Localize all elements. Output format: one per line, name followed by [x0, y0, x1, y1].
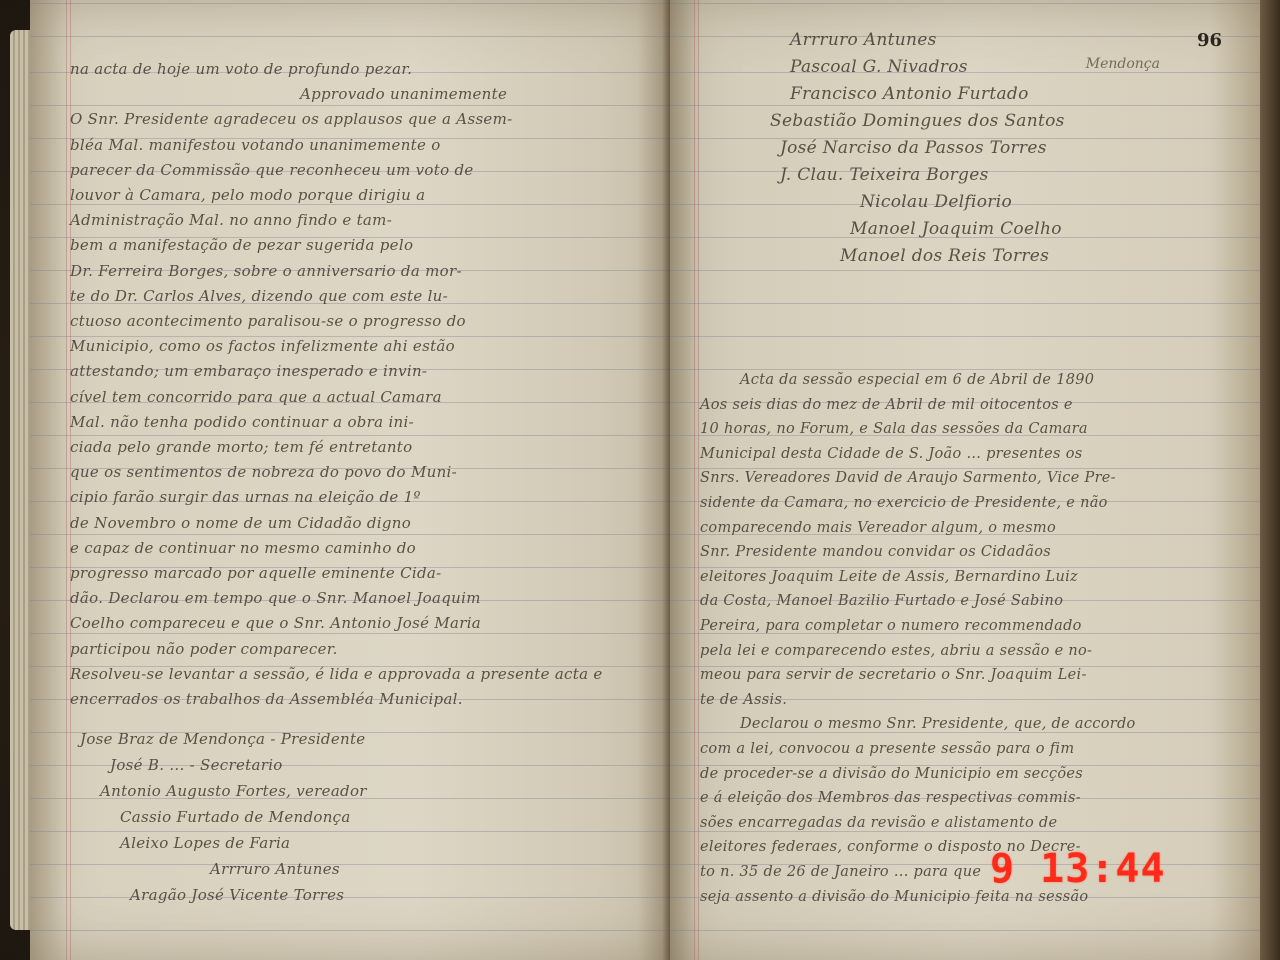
handwritten-line: Approvado unanimemente: [300, 85, 507, 103]
handwritten-line: Administração Mal. no anno findo e tam-: [70, 211, 392, 229]
handwritten-line: to n. 35 de 26 de Janeiro ... para que: [700, 864, 981, 880]
handwritten-line: Snrs. Vereadores David de Araujo Sarment…: [700, 470, 1116, 486]
handwritten-line: cipio farão surgir das urnas na eleição …: [70, 488, 421, 506]
handwritten-line: Snr. Presidente mandou convidar os Cidad…: [700, 544, 1051, 560]
camera-timestamp: 9 13:44: [990, 846, 1166, 892]
handwritten-line: Arrruro Antunes: [790, 30, 937, 50]
handwritten-line: Jose Braz de Mendonça - Presidente: [80, 730, 365, 748]
handwritten-line: bléa Mal. manifestou votando unanimement…: [70, 136, 441, 154]
handwritten-line: progresso marcado por aquelle eminente C…: [70, 564, 441, 582]
handwritten-line: Cassio Furtado de Mendonça: [120, 808, 351, 826]
handwritten-line: Dr. Ferreira Borges, sobre o anniversari…: [70, 262, 462, 280]
handwritten-line: te de Assis.: [700, 692, 787, 708]
handwritten-line: cível tem concorrido para que a actual C…: [70, 388, 442, 406]
handwritten-line: ctuoso acontecimento paralisou-se o prog…: [70, 312, 466, 330]
handwritten-line: Nicolau Delfiorio: [860, 192, 1012, 212]
handwritten-line: bem a manifestação de pezar sugerida pel…: [70, 236, 413, 254]
handwritten-line: sões encarregadas da revisão e alistamen…: [700, 815, 1057, 831]
handwritten-line: Municipal desta Cidade de S. João ... pr…: [700, 446, 1082, 462]
handwritten-line: comparecendo mais Vereador algum, o mesm…: [700, 520, 1056, 536]
handwritten-line: Municipio, como os factos infelizmente a…: [70, 337, 455, 355]
page-header-word: Mendonça: [1086, 56, 1160, 72]
open-ledger: na acta de hoje um voto de profundo peza…: [10, 0, 1280, 960]
left-page: na acta de hoje um voto de profundo peza…: [30, 0, 670, 960]
handwritten-line: Aos seis dias do mez de Abril de mil oit…: [700, 397, 1073, 413]
handwritten-line: O Snr. Presidente agradeceu os applausos…: [70, 110, 513, 128]
handwritten-line: que os sentimentos de nobreza do povo do…: [70, 463, 457, 481]
handwritten-line: Pascoal G. Nivadros: [790, 57, 968, 77]
handwritten-line: e capaz de continuar no mesmo caminho do: [70, 539, 416, 557]
handwritten-line: Antonio Augusto Fortes, vereador: [100, 782, 367, 800]
handwritten-line: te do Dr. Carlos Alves, dizendo que com …: [70, 287, 448, 305]
handwritten-line: sidente da Camara, no exercicio de Presi…: [700, 495, 1108, 511]
handwritten-line: Manoel Joaquim Coelho: [850, 219, 1062, 239]
handwritten-line: Manoel dos Reis Torres: [840, 246, 1049, 266]
handwritten-line: dão. Declarou em tempo que o Snr. Manoel…: [70, 589, 481, 607]
handwritten-line: com a lei, convocou a presente sessão pa…: [700, 741, 1074, 757]
handwritten-line: José Narciso da Passos Torres: [780, 138, 1047, 158]
handwritten-line: Aleixo Lopes de Faria: [120, 834, 290, 852]
handwritten-line: Declarou o mesmo Snr. Presidente, que, d…: [740, 716, 1136, 732]
handwritten-line: Arrruro Antunes: [210, 860, 340, 878]
handwritten-line: de proceder-se a divisão do Municipio em…: [700, 766, 1083, 782]
handwritten-line: meou para servir de secretario o Snr. Jo…: [700, 667, 1087, 683]
handwritten-line: eleitores Joaquim Leite de Assis, Bernar…: [700, 569, 1078, 585]
right-page: Mendonça 96 Arrruro AntunesPascoal G. Ni…: [670, 0, 1270, 960]
handwritten-line: ciada pelo grande morto; tem fé entretan…: [70, 438, 412, 456]
handwritten-line: parecer da Commissão que reconheceu um v…: [70, 161, 474, 179]
handwritten-line: José B. ... - Secretario: [110, 756, 283, 774]
handwritten-line: Sebastião Domingues dos Santos: [770, 111, 1065, 131]
handwritten-line: na acta de hoje um voto de profundo peza…: [70, 60, 412, 78]
handwritten-line: Coelho compareceu e que o Snr. Antonio J…: [70, 614, 481, 632]
handwritten-line: Resolveu-se levantar a sessão, é lida e …: [70, 665, 603, 683]
book-cover-edge: [1260, 0, 1280, 960]
page-number: 96: [1197, 30, 1222, 51]
handwritten-line: attestando; um embaraço inesperado e inv…: [70, 362, 427, 380]
handwritten-line: de Novembro o nome de um Cidadão digno: [70, 514, 411, 532]
handwritten-line: Mal. não tenha podido continuar a obra i…: [70, 413, 414, 431]
handwritten-line: Acta da sessão especial em 6 de Abril de…: [740, 372, 1094, 388]
handwritten-line: da Costa, Manoel Bazilio Furtado e José …: [700, 593, 1063, 609]
handwritten-line: encerrados os trabalhos da Assembléa Mun…: [70, 690, 463, 708]
handwritten-line: louvor à Camara, pelo modo porque dirigi…: [70, 186, 425, 204]
handwritten-line: e á eleição dos Membros das respectivas …: [700, 790, 1081, 806]
handwritten-line: J. Clau. Teixeira Borges: [780, 165, 989, 185]
handwritten-line: Aragão José Vicente Torres: [130, 886, 344, 904]
handwritten-line: 10 horas, no Forum, e Sala das sessões d…: [700, 421, 1088, 437]
handwritten-line: pela lei e comparecendo estes, abriu a s…: [700, 643, 1092, 659]
handwritten-line: participou não poder comparecer.: [70, 640, 338, 658]
handwritten-line: Francisco Antonio Furtado: [790, 84, 1029, 104]
handwritten-line: Pereira, para completar o numero recomme…: [700, 618, 1082, 634]
